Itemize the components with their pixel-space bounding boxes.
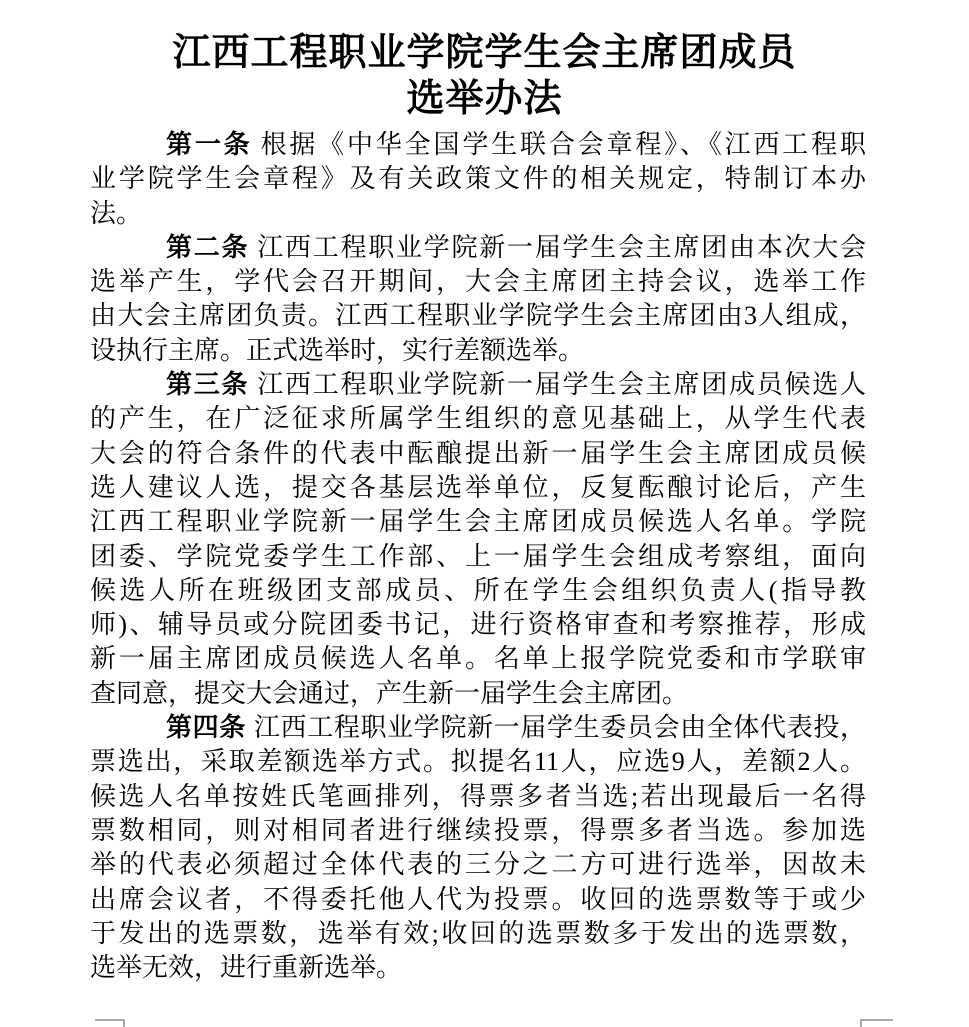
text-line: 票选出，采取差额选举方式。拟提名11人，应选9人，差额2人。 [90, 745, 866, 779]
text-line: 选举产生，学代会召开期间，大会主席团主持会议，选举工作 [90, 265, 866, 299]
text-run: 江西工程职业学院新一届学生会主席团由本次大会 [257, 233, 866, 262]
article-4-paragraph: 第四条江西工程职业学院新一届学生委员会由全体代表投， 票选出，采取差额选举方式。… [90, 711, 866, 985]
text-run: 根据《中华全国学生联合会章程》、《江西工程职 [261, 130, 866, 159]
article-1-paragraph: 第一条根据《中华全国学生联合会章程》、《江西工程职 业学院学生会章程》及有关政策… [90, 128, 866, 231]
text-line: 第三条江西工程职业学院新一届学生会主席团成员候选人 [90, 368, 866, 402]
article-1-label: 第一条 [166, 130, 253, 159]
text-line: 查同意，提交大会通过，产生新一届学生会主席团。 [90, 677, 866, 711]
page-margin-mark-left [95, 1019, 125, 1027]
text-line: 团委、学院党委学生工作部、上一届学生会组成考察组，面向 [90, 540, 866, 574]
text-line: 举的代表必须超过全体代表的三分之二方可进行选举，因故未 [90, 848, 866, 882]
text-line: 师)、辅导员或分院团委书记，进行资格审查和考察推荐，形成 [90, 608, 866, 642]
text-line: 大会的符合条件的代表中酝酿提出新一届学生会主席团成员候 [90, 437, 866, 471]
article-2-label: 第二条 [166, 233, 249, 262]
document-body: 第一条根据《中华全国学生联合会章程》、《江西工程职 业学院学生会章程》及有关政策… [90, 128, 866, 985]
document-title-line-1: 江西工程职业学院学生会主席团成员 [0, 30, 969, 76]
text-line: 第四条江西工程职业学院新一届学生委员会由全体代表投， [90, 711, 866, 745]
article-3-label: 第三条 [166, 370, 249, 399]
article-2-paragraph: 第二条江西工程职业学院新一届学生会主席团由本次大会 选举产生，学代会召开期间，大… [90, 231, 866, 368]
text-line: 第一条根据《中华全国学生联合会章程》、《江西工程职 [90, 128, 866, 162]
article-4-label: 第四条 [166, 713, 246, 742]
text-run: 江西工程职业学院新一届学生委员会由全体代表投， [254, 713, 866, 742]
article-3-paragraph: 第三条江西工程职业学院新一届学生会主席团成员候选人 的产生，在广泛征求所属学生组… [90, 368, 866, 711]
text-line: 由大会主席团负责。江西工程职业学院学生会主席团由3人组成， [90, 299, 866, 333]
document-title: 江西工程职业学院学生会主席团成员 选举办法 [0, 30, 969, 122]
document-title-line-2: 选举办法 [0, 76, 969, 122]
text-line: 新一届主席团成员候选人名单。名单上报学院党委和市学联审 [90, 642, 866, 676]
text-line: 候选人名单按姓氏笔画排列，得票多者当选;若出现最后一名得 [90, 780, 866, 814]
text-line: 候选人所在班级团支部成员、所在学生会组织负责人(指导教 [90, 574, 866, 608]
text-line: 第二条江西工程职业学院新一届学生会主席团由本次大会 [90, 231, 866, 265]
text-line: 出席会议者，不得委托他人代为投票。收回的选票数等于或少 [90, 883, 866, 917]
text-line: 业学院学生会章程》及有关政策文件的相关规定，特制订本办 [90, 162, 866, 196]
text-line: 选人建议人选，提交各基层选举单位，反复酝酿讨论后，产生 [90, 471, 866, 505]
text-run: 江西工程职业学院新一届学生会主席团成员候选人 [257, 370, 866, 399]
text-line: 的产生，在广泛征求所属学生组织的意见基础上，从学生代表 [90, 402, 866, 436]
text-line: 票数相同，则对相同者进行继续投票，得票多者当选。参加选 [90, 814, 866, 848]
text-line: 法。 [90, 197, 866, 231]
text-line: 选举无效，进行重新选举。 [90, 951, 866, 985]
text-line: 于发出的选票数，选举有效;收回的选票数多于发出的选票数， [90, 917, 866, 951]
page-margin-mark-right [860, 1019, 893, 1027]
document-page: 江西工程职业学院学生会主席团成员 选举办法 第一条根据《中华全国学生联合会章程》… [0, 0, 969, 1027]
text-line: 江西工程职业学院新一届学生会主席团成员候选人名单。学院 [90, 505, 866, 539]
text-line: 设执行主席。正式选举时，实行差额选举。 [90, 334, 866, 368]
